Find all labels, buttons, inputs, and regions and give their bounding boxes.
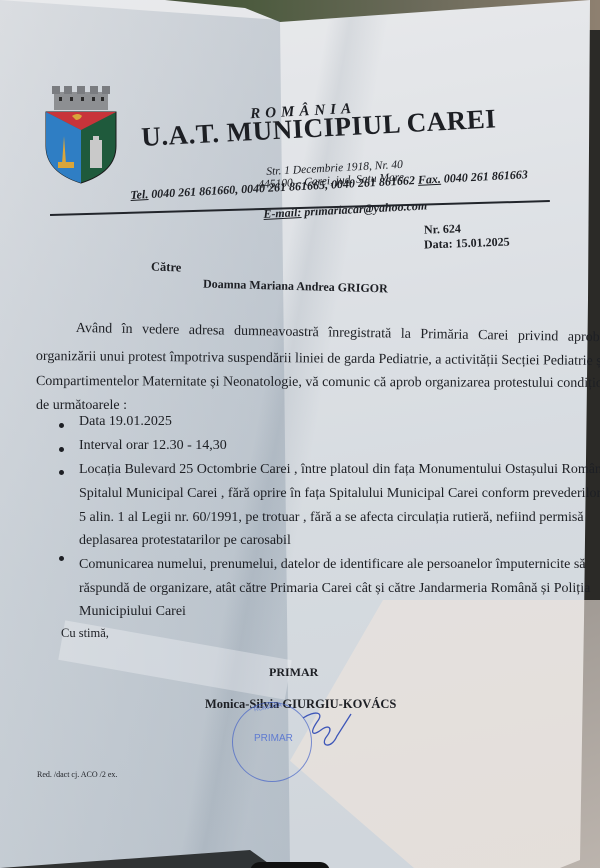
bullet-icon bbox=[59, 423, 64, 428]
email-address: primariacar@yahoo.com bbox=[304, 198, 428, 218]
body-paragraph-line: Având în vedere adresa dumneavoastră înr… bbox=[76, 321, 600, 347]
bullet-icon bbox=[59, 447, 64, 452]
closing-salutation: Cu stimă, bbox=[61, 626, 109, 641]
bullet-icon bbox=[59, 556, 64, 561]
tel-label: Tel. bbox=[130, 187, 149, 202]
holding-hand bbox=[250, 862, 330, 868]
condition-communication-line: Comunicarea numelui, prenumelui, datelor… bbox=[79, 557, 586, 573]
recipient-name: Doamna Mariana Andrea GRIGOR bbox=[203, 277, 388, 297]
body-paragraph-line: organizării unui protest împotriva suspe… bbox=[36, 349, 600, 370]
city-coat-of-arms-icon bbox=[44, 84, 118, 184]
condition-location-line: 5 alin. 1 al Legii nr. 60/1991, pe trotu… bbox=[79, 510, 584, 526]
condition-time-interval: Interval orar 12.30 - 14,30 bbox=[79, 438, 227, 454]
footer-note: Red. /dact cj. ACO /2 ex. bbox=[37, 770, 117, 779]
registration-number: Nr. 624 bbox=[424, 221, 461, 237]
bullet-icon bbox=[59, 470, 64, 475]
body-paragraph-line: de următoarele : bbox=[36, 398, 127, 414]
recipient-label: Către bbox=[151, 259, 182, 275]
fax-label: Fax. bbox=[417, 172, 441, 187]
signer-title: PRIMAR bbox=[269, 665, 318, 680]
condition-location-line: Locația Bulevard 25 Octombrie Carei , în… bbox=[79, 462, 600, 478]
body-paragraph-line: Compartimentelor Maternitate și Neonatol… bbox=[36, 374, 600, 392]
official-letter: ROMÂNIA U.A.T. MUNICIPIUL CAREI Str. 1 D… bbox=[0, 0, 600, 868]
condition-communication-line: Municipiului Carei bbox=[79, 604, 186, 620]
document-date: Data: 15.01.2025 bbox=[424, 235, 510, 253]
contact-email-line: E-mail: primariacar@yahoo.com bbox=[263, 198, 428, 222]
stamp-label: PRIMAR bbox=[254, 733, 293, 744]
condition-location-line: Spitalul Municipal Carei , fără oprire î… bbox=[79, 486, 600, 502]
fax-number: 0040 261 861663 bbox=[443, 167, 528, 185]
condition-communication-line: răspundă de organizare, atât către Prima… bbox=[79, 581, 590, 597]
condition-date: Data 19.01.2025 bbox=[79, 414, 172, 430]
handwritten-signature-icon bbox=[295, 706, 355, 756]
condition-location-line: deplasarea protestatarilor pe carosabil bbox=[79, 533, 291, 549]
